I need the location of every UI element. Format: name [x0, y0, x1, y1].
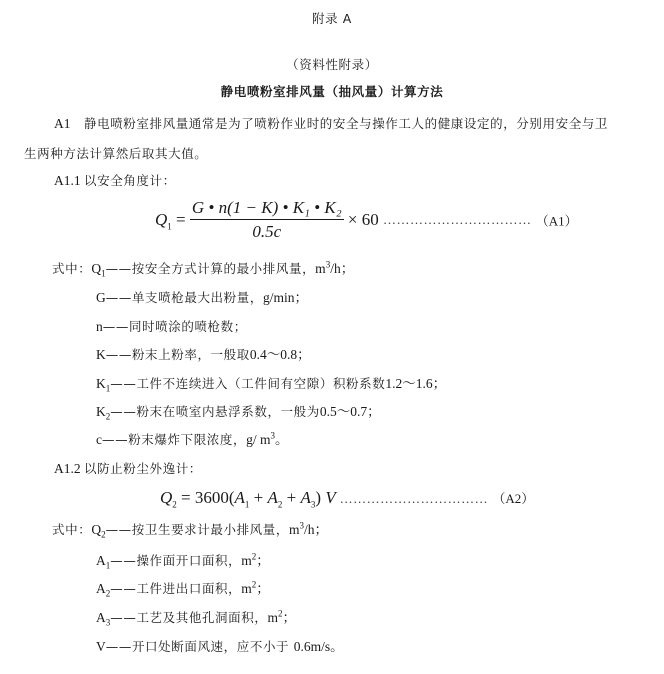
var-symbol: Q [91, 522, 101, 537]
variable-row: 式中：Q1——按安全方式计算的最小排风量，m3/h； [52, 260, 354, 278]
variable-row: K——粉末上粉率，一般取0.4～0.8； [96, 346, 311, 364]
var-unit: m [267, 610, 278, 625]
variable-row: V——开口处断面风速，应不小于 0.6m/s。 [96, 638, 344, 656]
var-unit: 0.5～0.7； [320, 404, 381, 419]
var-symbol: n [96, 319, 103, 334]
section-a12-heading: A1.2 以防止粉尘外逸计： [54, 460, 202, 478]
formula-a1-denominator: 0.5c [190, 220, 344, 242]
var-symbol: K [96, 404, 106, 419]
where-label: 式中： [52, 522, 91, 537]
formula-a2-tag: （A2） [492, 491, 534, 506]
section-a11-heading: A1.1 以安全角度计： [54, 172, 176, 190]
formula-a1-lhs: Q [155, 210, 167, 229]
var-unit: 1.2～1.6； [385, 376, 446, 391]
formula-a1-dots: …………………………… [383, 212, 532, 227]
var-desc: ——工艺及其他孔洞面积， [110, 610, 267, 625]
formula-a2-term: A [268, 488, 278, 507]
variable-row: n——同时喷涂的喷枪数； [96, 318, 247, 336]
var-symbol: K [96, 376, 106, 391]
var-symbol: G [96, 290, 106, 305]
var-symbol: A [96, 553, 106, 568]
variable-row: K2——粉末在喷室内悬浮系数，一般为0.5～0.7； [96, 403, 381, 421]
formula-a2-plus: + [249, 488, 267, 507]
formula-a1-multiplier: × 60 [348, 210, 379, 229]
var-unit: 0.6m/s。 [294, 639, 344, 654]
var-unit: m [289, 522, 300, 537]
var-unit-tail: /h； [330, 261, 354, 276]
section-a1-text-line2: 生两种方法计算然后取其大值。 [24, 145, 207, 163]
var-desc: ——工件进出口面积， [110, 581, 241, 596]
var-desc: ——按安全方式计算的最小排风量， [106, 261, 316, 276]
var-symbol: K [96, 347, 106, 362]
appendix-subtitle: （资料性附录） [0, 56, 664, 74]
var-desc: ——同时喷涂的喷枪数； [103, 319, 247, 334]
where-label: 式中： [52, 261, 91, 276]
var-desc: ——粉末爆炸下限浓度， [102, 432, 246, 447]
formula-a1-fraction: G • n(1 − K) • K₁ • K₂ 0.5c [190, 198, 344, 242]
formula-a2-term: A [235, 488, 245, 507]
var-symbol: Q [91, 261, 101, 276]
var-symbol: A [96, 610, 106, 625]
section-a1-paragraph: A1 静电喷粉室排风量通常是为了喷粉作业时的安全与操作工人的健康设定的，分别用安… [54, 115, 608, 133]
section-a11-label: A1.1 [54, 173, 81, 188]
var-desc: ——按卫生要求计最小排风量， [106, 522, 289, 537]
var-desc: ——开口处断面风速，应不小于 [106, 639, 294, 654]
appendix-heading: 静电喷粉室排风量（抽风量）计算方法 [0, 83, 664, 101]
variable-row: G——单支喷枪最大出粉量，g/min； [96, 289, 308, 307]
var-desc: ——工件不连续进入（工件间有空隙）积粉系数 [110, 376, 385, 391]
variable-row: K1——工件不连续进入（工件间有空隙）积粉系数1.2～1.6； [96, 375, 446, 393]
var-desc: ——单支喷枪最大出粉量， [106, 290, 263, 305]
formula-a1-numerator: G • n(1 − K) • K₁ • K₂ [190, 198, 344, 220]
formula-a2-term: A [301, 488, 311, 507]
formula-a2-prefix: = 3600( [181, 488, 235, 507]
formula-a2-v: V [325, 488, 335, 507]
variable-row: A1——操作面开口面积，m2； [96, 552, 270, 570]
var-unit: 0.4～0.8； [250, 347, 311, 362]
var-symbol: A [96, 581, 106, 596]
formula-a1: Q1 = G • n(1 − K) • K₁ • K₂ 0.5c × 60 ……… [155, 198, 578, 242]
var-unit: g/ m [246, 432, 270, 447]
appendix-title: 附录 A [0, 10, 664, 28]
var-unit-tail: /h； [304, 522, 328, 537]
var-unit-tail: ； [256, 553, 270, 568]
formula-a1-tag: （A1） [536, 214, 578, 229]
formula-a2-lhs: Q [160, 488, 172, 507]
var-unit-tail: ； [282, 610, 296, 625]
variable-row: 式中：Q2——按卫生要求计最小排风量，m3/h； [52, 521, 328, 539]
formula-a2-lhs-sub: 2 [172, 499, 177, 509]
var-desc: ——操作面开口面积， [110, 553, 241, 568]
formula-a1-lhs-sub: 1 [167, 221, 172, 231]
section-a12-title: 以防止粉尘外逸计： [84, 461, 202, 476]
formula-a2: Q2 = 3600(A1 + A2 + A3) V …………………………… （A… [160, 488, 534, 508]
section-a12-label: A1.2 [54, 461, 81, 476]
var-unit-tail: 。 [275, 432, 289, 447]
section-a1-label: A1 [54, 116, 71, 131]
var-desc: ——粉末在喷室内悬浮系数，一般为 [110, 404, 320, 419]
variable-row: A3——工艺及其他孔洞面积，m2； [96, 609, 296, 627]
section-a11-title: 以安全角度计： [84, 173, 176, 188]
formula-a2-dots: …………………………… [340, 491, 489, 506]
var-unit-tail: ； [256, 581, 270, 596]
var-unit: m [241, 581, 252, 596]
variable-row: c——粉末爆炸下限浓度，g/ m3。 [96, 431, 289, 449]
variable-row: A2——工件进出口面积，m2； [96, 580, 270, 598]
var-unit: m [241, 553, 252, 568]
formula-a2-plus: + [282, 488, 300, 507]
var-desc: ——粉末上粉率，一般取 [106, 347, 250, 362]
formula-a2-suffix: ) [315, 488, 325, 507]
section-a1-text-line1: 静电喷粉室排风量通常是为了喷粉作业时的安全与操作工人的健康设定的，分别用安全与卫 [84, 116, 608, 131]
var-symbol: V [96, 639, 106, 654]
var-unit: g/min； [263, 290, 308, 305]
var-unit: m [315, 261, 326, 276]
